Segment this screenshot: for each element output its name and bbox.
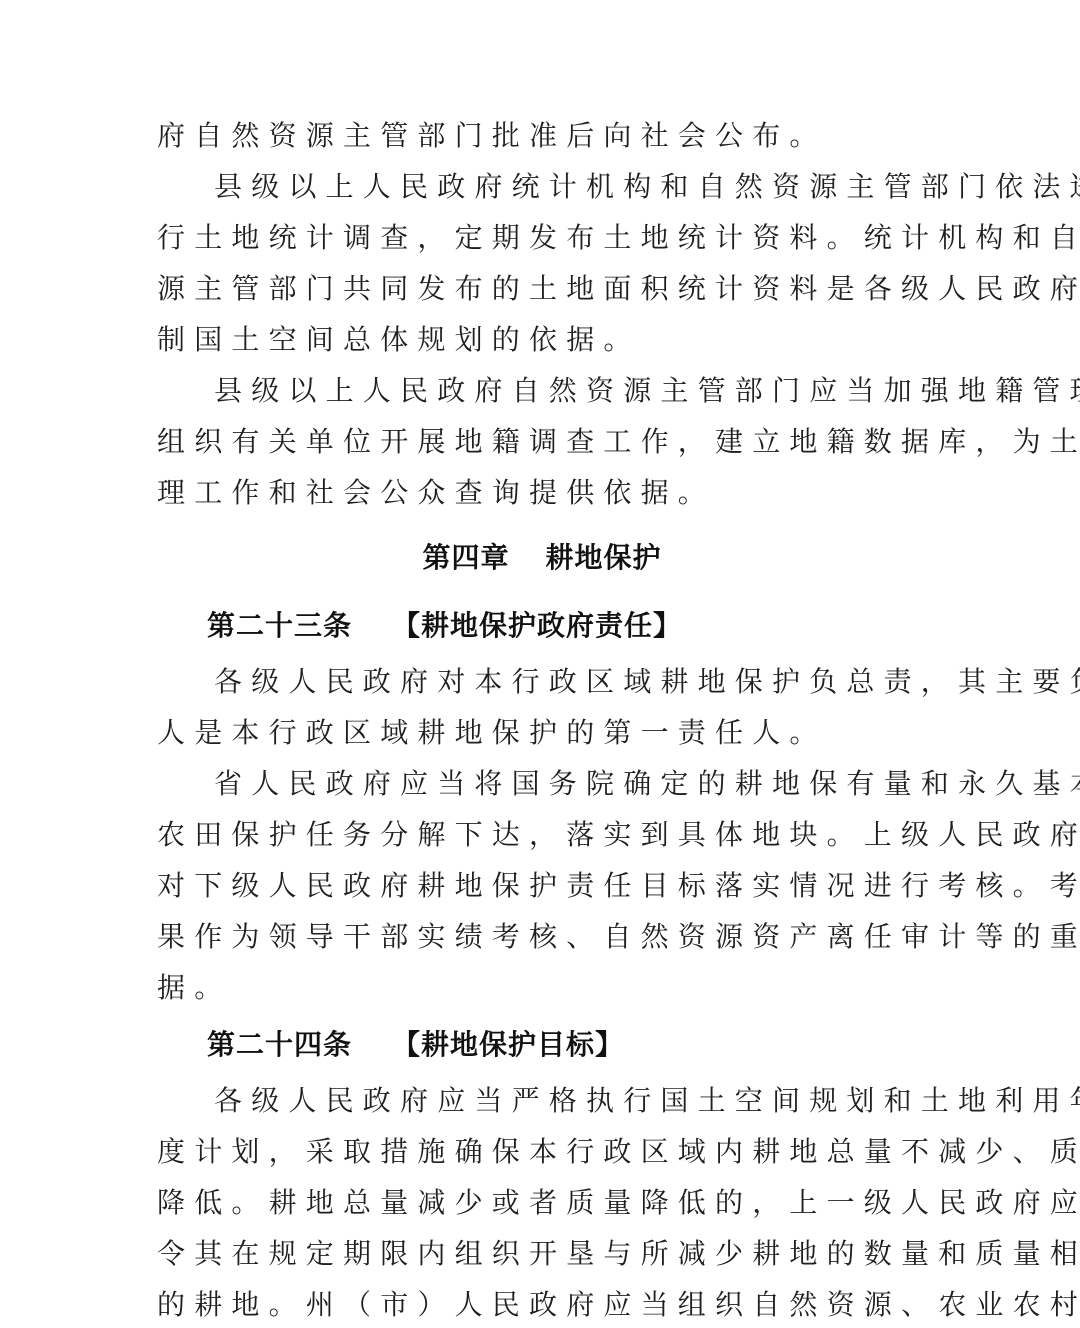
text-line: 据。 [157, 962, 927, 1013]
article: 第二十三条【耕地保护政府责任】 各级人民政府对本行政区域耕地保护负总责，其主要负… [157, 596, 927, 1013]
paragraph: 府自然资源主管部门批准后向社会公布。 [157, 110, 927, 161]
text-line: 县级以上人民政府统计机构和自然资源主管部门依法进 [157, 161, 927, 212]
text-line: 源主管部门共同发布的土地面积统计资料是各级人民政府编 [157, 263, 927, 314]
paragraph: 县级以上人民政府自然资源主管部门应当加强地籍管理， 组织有关单位开展地籍调查工作… [157, 365, 927, 518]
text-line: 农田保护任务分解下达，落实到具体地块。上级人民政府应当 [157, 809, 927, 860]
paragraph: 各级人民政府对本行政区域耕地保护负总责，其主要负责 人是本行政区域耕地保护的第一… [157, 656, 927, 758]
text-line: 省人民政府应当将国务院确定的耕地保有量和永久基本 [157, 758, 927, 809]
text-line: 行土地统计调查，定期发布土地统计资料。统计机构和自然资 [157, 212, 927, 263]
text-line: 县级以上人民政府自然资源主管部门应当加强地籍管理， [157, 365, 927, 416]
article: 第二十四条【耕地保护目标】 各级人民政府应当严格执行国土空间规划和土地利用年 度… [157, 1015, 927, 1328]
text-line: 人是本行政区域耕地保护的第一责任人。 [157, 707, 927, 758]
text-line: 制国土空间总体规划的依据。 [157, 314, 927, 365]
text-line: 对下级人民政府耕地保护责任目标落实情况进行考核。考核结 [157, 860, 927, 911]
article-number: 第二十三条 [207, 609, 352, 642]
article-number: 第二十四条 [207, 1028, 352, 1061]
text-line: 令其在规定期限内组织开垦与所减少耕地的数量和质量相当 [157, 1228, 927, 1279]
text-line: 果作为领导干部实绩考核、自然资源资产离任审计等的重要依 [157, 911, 927, 962]
article-title: 【耕地保护政府责任】 [392, 609, 682, 642]
chapter-number: 第四章 [422, 541, 509, 574]
text-line: 降低。耕地总量减少或者质量降低的，上一级人民政府应当责 [157, 1177, 927, 1228]
paragraph: 县级以上人民政府统计机构和自然资源主管部门依法进 行土地统计调查，定期发布土地统… [157, 161, 927, 365]
paragraph: 各级人民政府应当严格执行国土空间规划和土地利用年 度计划，采取措施确保本行政区域… [157, 1075, 927, 1328]
chapter-heading: 第四章耕地保护 [157, 522, 927, 594]
text-line: 理工作和社会公众查询提供依据。 [157, 467, 927, 518]
paragraph: 省人民政府应当将国务院确定的耕地保有量和永久基本 农田保护任务分解下达，落实到具… [157, 758, 927, 1013]
text-line: 各级人民政府应当严格执行国土空间规划和土地利用年 [157, 1075, 927, 1126]
text-line: 组织有关单位开展地籍调查工作，建立地籍数据库，为土地管 [157, 416, 927, 467]
text-line: 的耕地。州（市）人民政府应当组织自然资源、农业农村主管 [157, 1279, 927, 1328]
article-heading: 第二十三条【耕地保护政府责任】 [157, 596, 927, 656]
text-line: 各级人民政府对本行政区域耕地保护负总责，其主要负责 [157, 656, 927, 707]
document-page: 府自然资源主管部门批准后向社会公布。 县级以上人民政府统计机构和自然资源主管部门… [157, 110, 927, 1328]
chapter-title: 耕地保护 [546, 541, 662, 574]
article-title: 【耕地保护目标】 [392, 1028, 624, 1061]
text-line: 府自然资源主管部门批准后向社会公布。 [157, 110, 927, 161]
article-heading: 第二十四条【耕地保护目标】 [157, 1015, 927, 1075]
text-line: 度计划，采取措施确保本行政区域内耕地总量不减少、质量不 [157, 1126, 927, 1177]
